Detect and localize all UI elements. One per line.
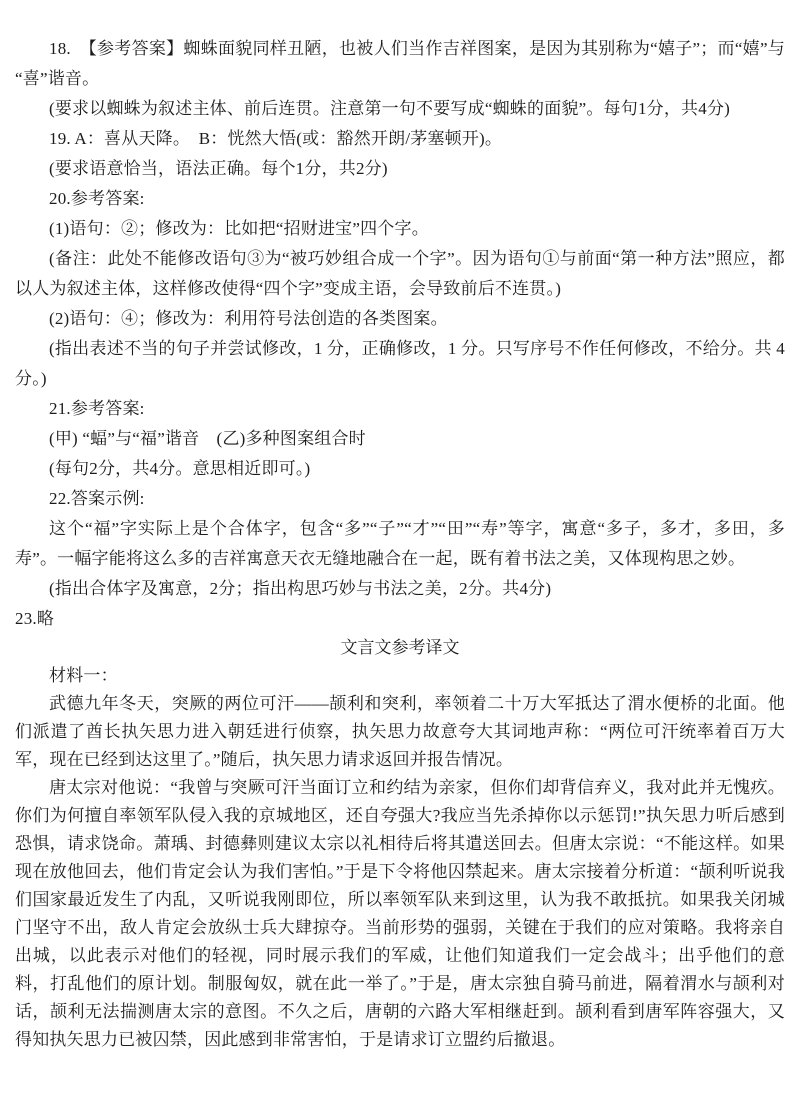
answer-22-content: 这个“福”字实际上是个合体字，包含“多”“子”“才”“田”“寿”等字，寓意“多子… — [15, 514, 785, 574]
answers-section: 18. 【参考答案】蜘蛛面貌同样丑陋，也被人们当作吉祥图案，是因为其别称为“嬉子… — [15, 34, 785, 634]
answer-18: 18. 【参考答案】蜘蛛面貌同样丑陋，也被人们当作吉祥图案，是因为其别称为“嬉子… — [15, 34, 785, 94]
answer-19-scoring-note: (要求语意恰当，语法正确。每个1分，共2分) — [15, 154, 785, 184]
translation-paragraph-2: 唐太宗对他说：“我曾与突厥可汗当面订立和约结为亲家，但你们却背信弃义，我对此并无… — [15, 774, 785, 1054]
answer-19: 19. A：喜从天降。 B：恍然大悟(或：豁然开朗/茅塞顿开)。 — [15, 124, 785, 154]
answer-20-item-2: (2)语句：④；修改为：利用符号法创造的各类图案。 — [15, 304, 785, 334]
translation-paragraph-1: 武德九年冬天，突厥的两位可汗——颉利和突利，率领着二十万大军抵达了渭水便桥的北面… — [15, 690, 785, 774]
answer-23: 23.略 — [15, 604, 785, 634]
translation-section: 文言文参考译文 材料一： 武德九年冬天，突厥的两位可汗——颉利和突利，率领着二十… — [15, 634, 785, 1054]
answer-21-content: (甲) “蝠”与“福”谐音 (乙)多种图案组合时 — [15, 424, 785, 454]
answer-20-label: 20.参考答案: — [15, 184, 785, 214]
answer-21-scoring-note: (每句2分，共4分。意思相近即可。) — [15, 454, 785, 484]
answer-21-label: 21.参考答案: — [15, 394, 785, 424]
answer-20-scoring-note: (指出表述不当的句子并尝试修改，1 分，正确修改，1 分。只写序号不作任何修改，… — [15, 334, 785, 394]
answer-18-scoring-note: (要求以蜘蛛为叙述主体、前后连贯。注意第一句不要写成“蜘蛛的面貌”。每句1分，共… — [15, 94, 785, 124]
translation-heading: 文言文参考译文 — [15, 634, 785, 662]
material-one-label: 材料一： — [15, 662, 785, 690]
answer-20-remark: (备注：此处不能修改语句③为“被巧妙组合成一个字”。因为语句①与前面“第一种方法… — [15, 244, 785, 304]
answer-20-item-1: (1)语句：②；修改为：比如把“招财进宝”四个字。 — [15, 214, 785, 244]
document-page: 18. 【参考答案】蜘蛛面貌同样丑陋，也被人们当作吉祥图案，是因为其别称为“嬉子… — [0, 0, 800, 1119]
answer-22-scoring-note: (指出合体字及寓意，2分；指出构思巧妙与书法之美，2分。共4分) — [15, 574, 785, 604]
answer-22-label: 22.答案示例: — [15, 484, 785, 514]
